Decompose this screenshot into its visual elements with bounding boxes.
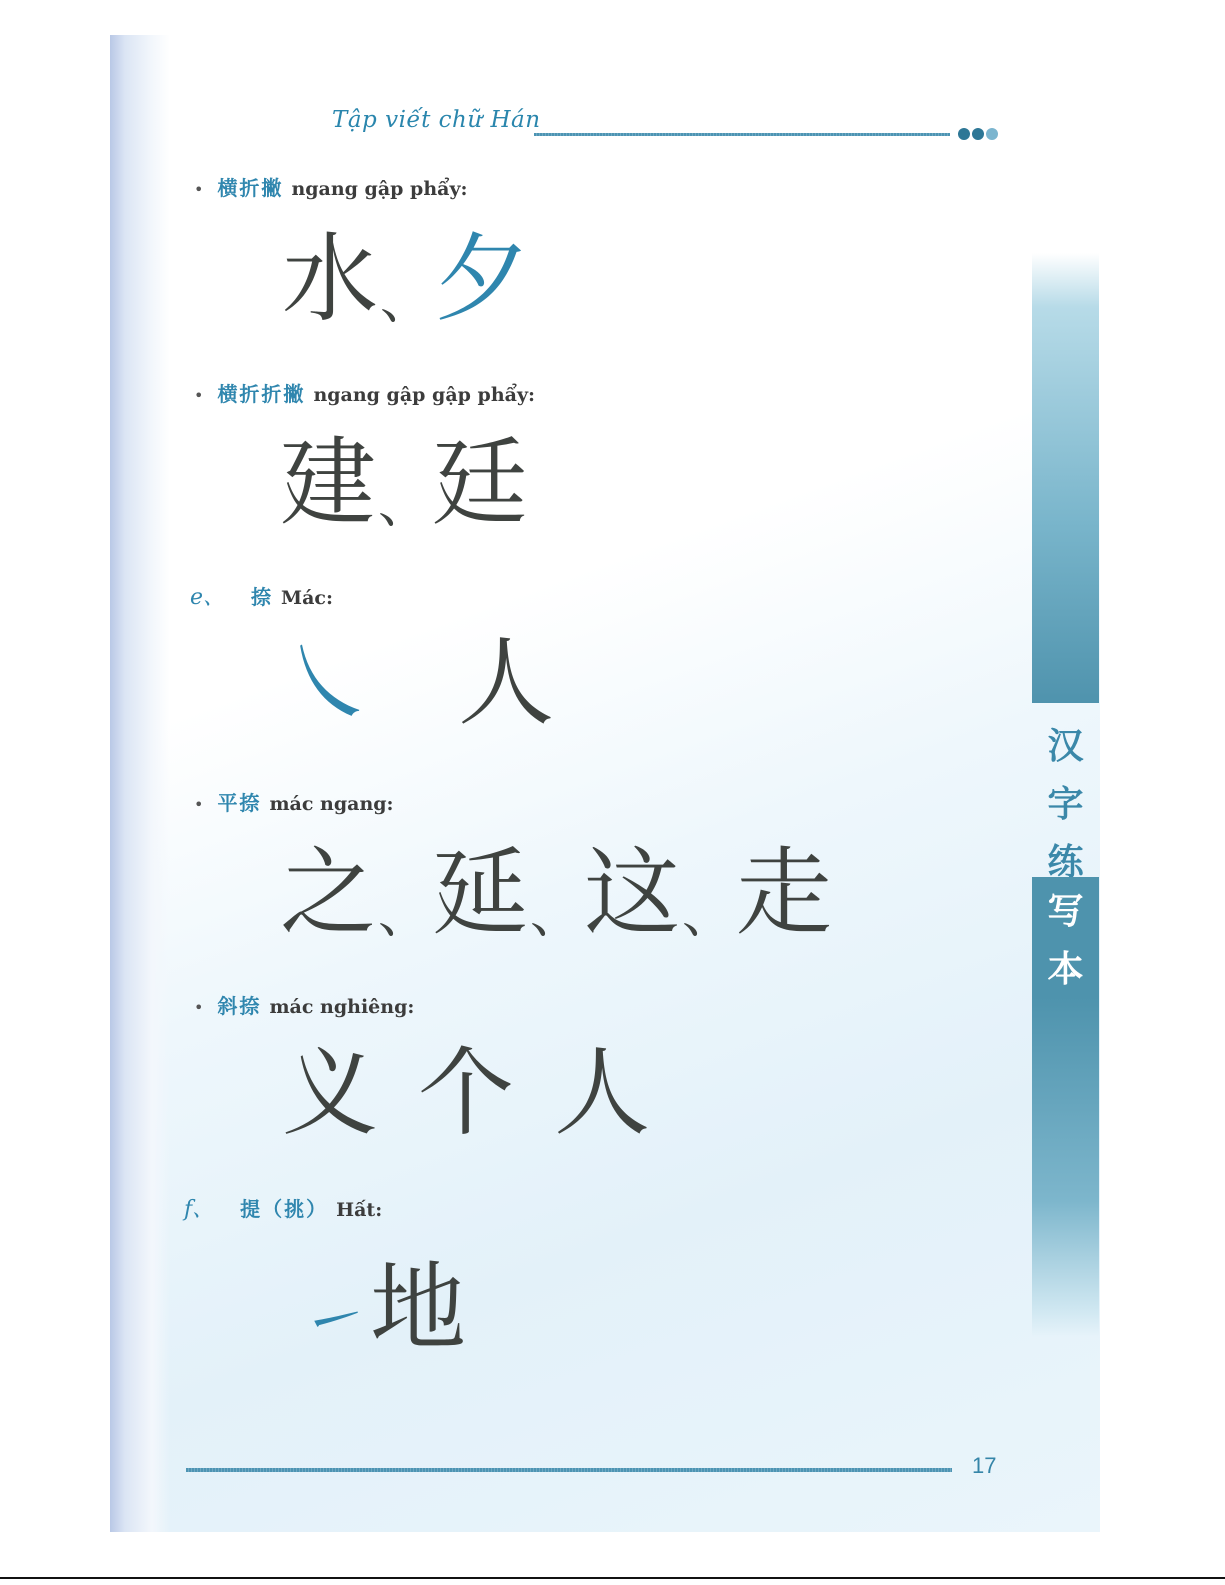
section-heading: • 横折折撇 ngang gập gập phẩy: [194, 378, 535, 407]
example-char: 人 [458, 635, 554, 731]
example-char: 建 [280, 435, 376, 531]
example-char: 廷 [432, 435, 528, 531]
stroke-name-hanzi: 捺 [251, 581, 273, 610]
example-characters: 义 个 人 [282, 1045, 650, 1141]
page-number: 17 [972, 1453, 996, 1479]
side-tab-char: 写 [1047, 883, 1083, 941]
header-dots [958, 128, 998, 140]
bullet: • [194, 998, 203, 1017]
example-char: 人 [554, 1045, 650, 1141]
separator: 、 [378, 479, 430, 531]
section-heading: • 平捺 mác ngang: [194, 787, 394, 816]
side-tab-char: 汉 [1047, 718, 1083, 776]
example-characters: ㇀ 地 [300, 1260, 466, 1356]
dot-icon [958, 128, 970, 140]
stroke-name-vietnamese: mác ngang: [269, 793, 393, 815]
example-char: 这 [584, 845, 680, 941]
example-stroke: ㇀ [300, 1286, 370, 1356]
side-tab-gradient [1032, 253, 1099, 703]
header-rule [534, 133, 950, 136]
page-spine-shadow [110, 35, 170, 1532]
example-characters: 水 、 夕 [282, 231, 530, 327]
side-tab-char: 本 [1047, 941, 1083, 999]
stroke-name-hanzi: 提（挑） [240, 1193, 328, 1222]
example-char: 走 [736, 845, 832, 941]
stroke-name-hanzi: 横折折撇 [217, 378, 305, 407]
section-heading: f、 提（挑） Hất: [184, 1192, 382, 1223]
side-tab-char: 字 [1047, 776, 1083, 834]
stroke-name-vietnamese: ngang gập phẩy: [291, 178, 467, 200]
example-characters: 建 、 廷 [280, 435, 528, 531]
separator: 、 [530, 889, 582, 941]
dot-icon [972, 128, 984, 140]
stroke-name-vietnamese: Hất: [336, 1199, 382, 1221]
example-char: 义 [282, 1045, 378, 1141]
bullet: • [194, 386, 203, 405]
section-heading: e、 捺 Mác: [190, 580, 333, 611]
example-characters: 之 、 延 、 这 、 走 [280, 845, 832, 941]
example-stroke: ㇏ [282, 635, 378, 731]
side-tab-light-text: 汉 字 练 [1032, 718, 1099, 892]
scan-bottom-edge [0, 1577, 1225, 1579]
section-letter: f、 [184, 1192, 214, 1223]
example-char: 水 [282, 231, 378, 327]
stroke-name-vietnamese: ngang gập gập phẩy: [313, 384, 535, 406]
example-char: 个 [418, 1045, 514, 1141]
separator: 、 [682, 889, 734, 941]
dot-icon [986, 128, 998, 140]
running-header-title: Tập viết chữ Hán [332, 107, 541, 133]
example-char: 之 [280, 845, 376, 941]
example-char: 延 [432, 845, 528, 941]
section-letter: e、 [190, 580, 225, 611]
bullet: • [194, 180, 203, 199]
book-page: Tập viết chữ Hán 汉 字 练 写 本 • 横折撇 ngang g… [110, 35, 1100, 1532]
side-tab-dark-text: 写 本 [1032, 883, 1099, 999]
separator: 、 [380, 275, 432, 327]
separator: 、 [378, 889, 430, 941]
section-heading: • 斜捺 mác nghiêng: [194, 990, 414, 1019]
stroke-name-hanzi: 平捺 [217, 787, 261, 816]
side-tab-lower-gradient [1032, 997, 1099, 1337]
stroke-name-hanzi: 斜捺 [217, 990, 261, 1019]
stroke-name-hanzi: 横折撇 [217, 172, 283, 201]
bullet: • [194, 795, 203, 814]
section-heading: • 横折撇 ngang gập phẩy: [194, 172, 468, 201]
stroke-name-vietnamese: mác nghiêng: [269, 996, 414, 1018]
example-char: 地 [370, 1260, 466, 1356]
footer-rule [186, 1468, 952, 1472]
example-char: 夕 [434, 231, 530, 327]
stroke-name-vietnamese: Mác: [281, 587, 333, 609]
example-characters: ㇏ 人 [282, 635, 554, 731]
